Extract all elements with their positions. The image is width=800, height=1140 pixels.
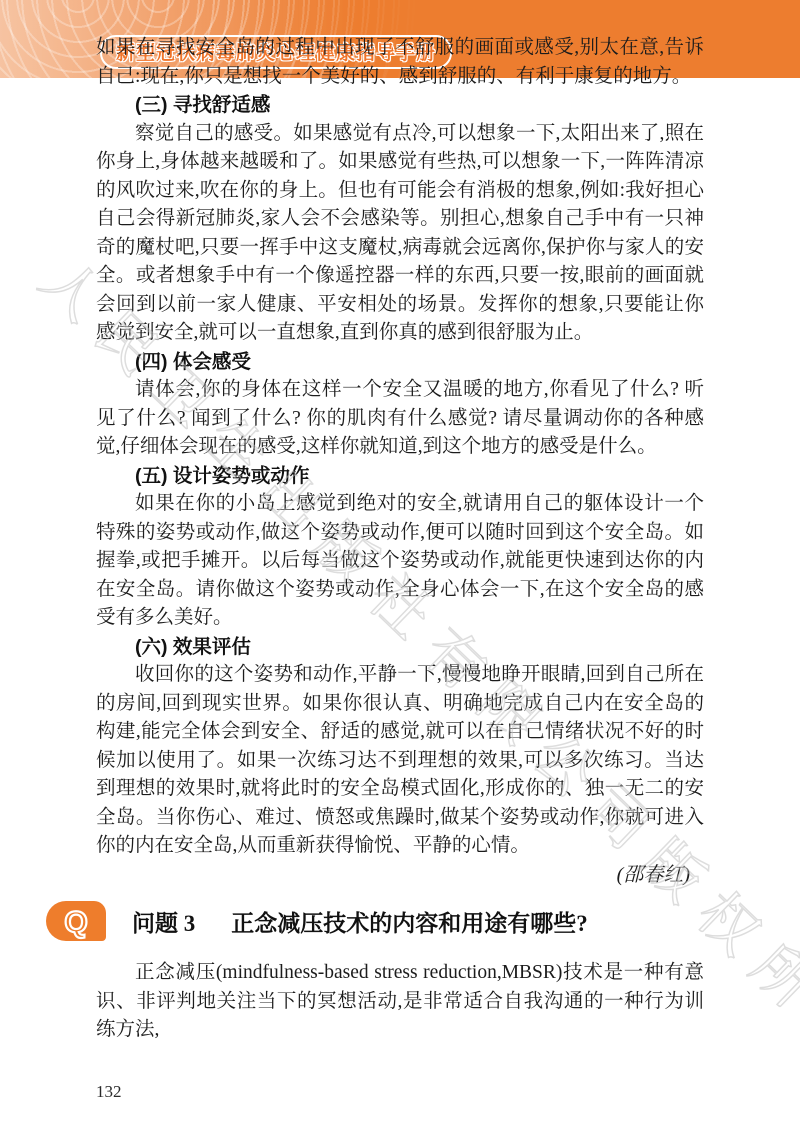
article-body: 如果在寻找安全岛的过程中出现了不舒服的画面或感受,别太在意,告诉自己:现在,你只… bbox=[96, 34, 704, 861]
page-number: 132 bbox=[96, 1082, 122, 1102]
article-content: 如果在寻找安全岛的过程中出现了不舒服的画面或感受,别太在意,告诉自己:现在,你只… bbox=[96, 34, 704, 1045]
book-page: 新型冠状病毒肺炎心理健康指导手册 人民卫生出版社有限公司版权所有 如果在寻找安全… bbox=[0, 0, 800, 1140]
section-heading: (五) 设计姿势或动作 bbox=[96, 462, 704, 491]
section-heading: (四) 体会感受 bbox=[96, 348, 704, 377]
question-heading-row: Q 问题 3正念减压技术的内容和用途有哪些? bbox=[46, 901, 704, 941]
body-paragraph: 察觉自己的感受。如果感觉有点冷,可以想象一下,太阳出来了,照在你身上,身体越来越… bbox=[96, 120, 704, 348]
body-paragraph: 收回你的这个姿势和动作,平静一下,慢慢地睁开眼睛,回到自己所在的房间,回到现实世… bbox=[96, 661, 704, 861]
question-number-label: 问题 3 bbox=[132, 911, 195, 936]
question-q-icon: Q bbox=[46, 901, 106, 941]
body-paragraph: 请体会,你的身体在这样一个安全又温暖的地方,你看见了什么? 听见了什么? 闻到了… bbox=[96, 376, 704, 462]
question-title-text: 正念减压技术的内容和用途有哪些? bbox=[231, 911, 588, 936]
question-title: 问题 3正念减压技术的内容和用途有哪些? bbox=[132, 905, 588, 938]
q-letter: Q bbox=[64, 906, 87, 939]
q-letter-icon: Q bbox=[46, 901, 106, 941]
author-credit: (邵春红) bbox=[96, 861, 704, 890]
body-paragraph: 如果在寻找安全岛的过程中出现了不舒服的画面或感受,别太在意,告诉自己:现在,你只… bbox=[96, 34, 704, 91]
section-heading: (六) 效果评估 bbox=[96, 633, 704, 662]
section-heading: (三) 寻找舒适感 bbox=[96, 91, 704, 120]
body-paragraph: 如果在你的小岛上感觉到绝对的安全,就请用自己的躯体设计一个特殊的姿势或动作,做这… bbox=[96, 490, 704, 633]
question-intro-paragraph: 正念减压(mindfulness-based stress reduction,… bbox=[96, 959, 704, 1045]
